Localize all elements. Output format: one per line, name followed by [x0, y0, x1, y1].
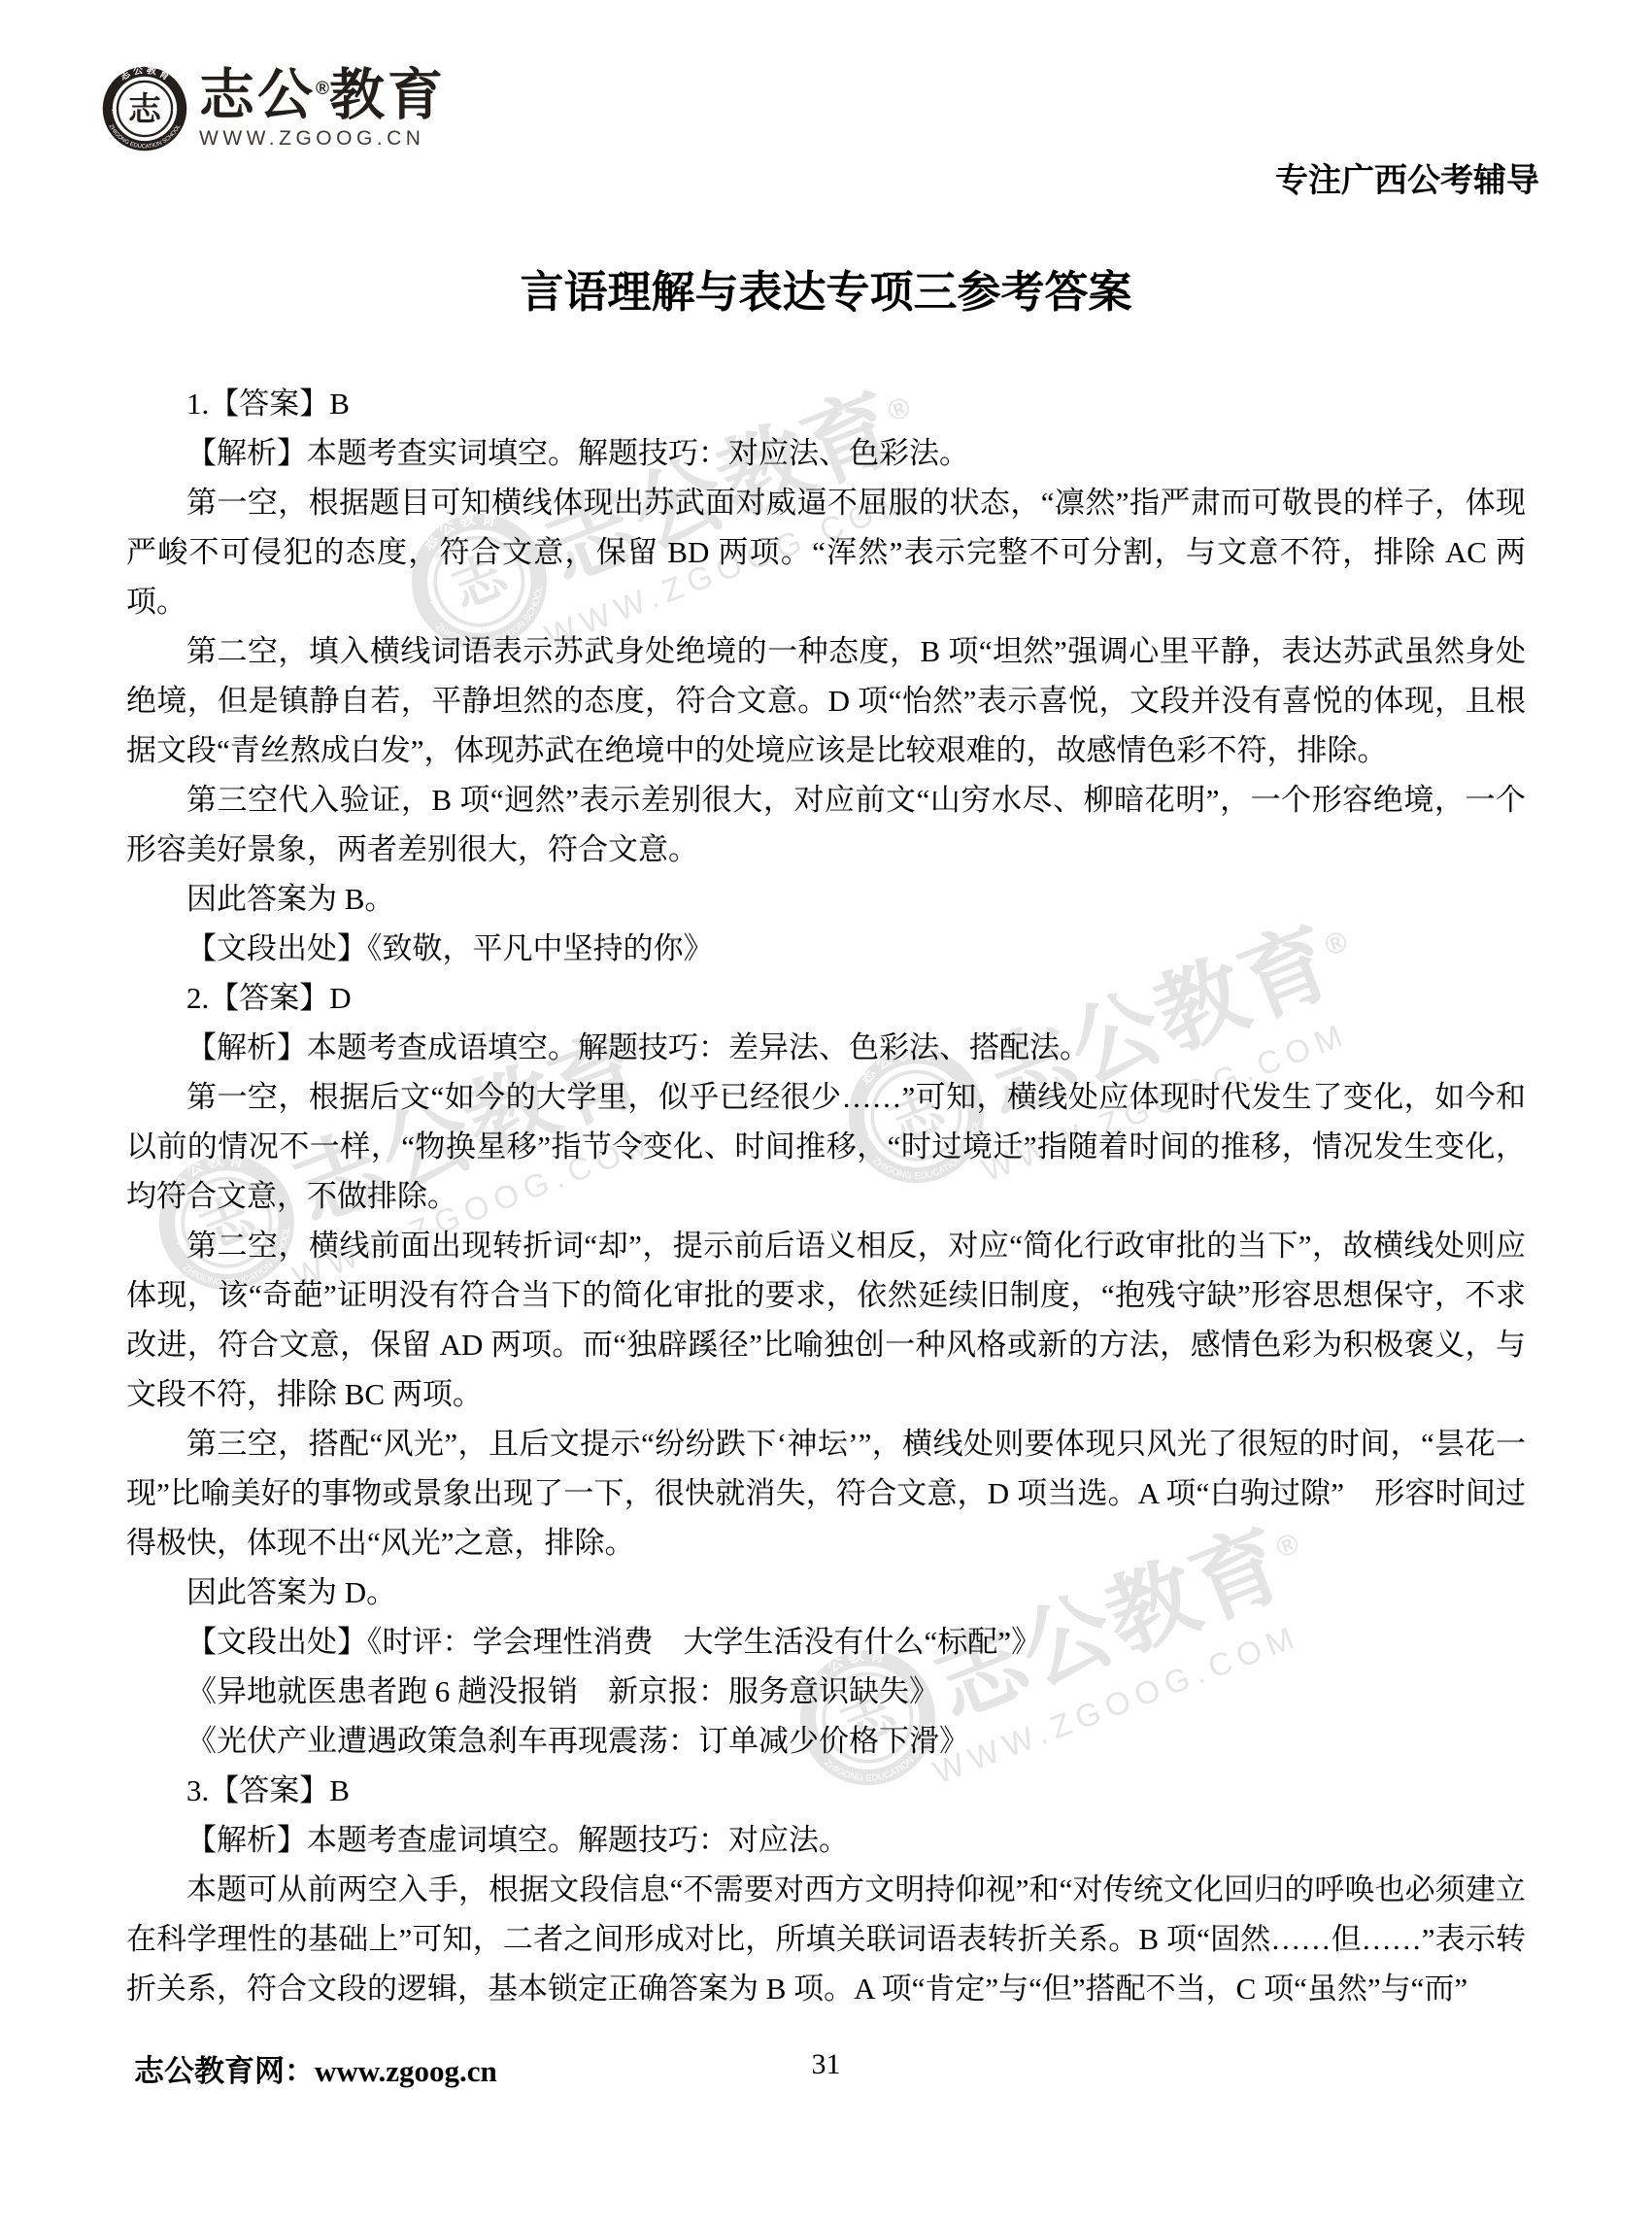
- paragraph: 因此答案为 D。: [126, 1568, 1526, 1617]
- paragraph: 因此答案为 B。: [126, 874, 1526, 924]
- paragraph: 【解析】本题考查实词填空。解题技巧：对应法、色彩法。: [126, 428, 1526, 478]
- paragraph: 3.【答案】B: [126, 1766, 1526, 1815]
- footer-site-label: 志公教育网：: [134, 2054, 315, 2088]
- paragraph: 第三空，搭配“风光”，且后文提示“纷纷跌下‘神坛’”，横线处则要体现只风光了很短…: [126, 1419, 1526, 1568]
- logo-text-block: 志公®教育 WWW.ZGOOG.CN: [199, 67, 446, 152]
- paragraph: 【解析】本题考查虚词填空。解题技巧：对应法。: [126, 1815, 1526, 1865]
- logo-brand-text: 志公®教育: [199, 67, 446, 125]
- paragraph: 第二空，填入横线词语表示苏武身处绝境的一种态度，B 项“坦然”强调心里平静，表达…: [126, 626, 1526, 775]
- registered-mark: ®: [316, 79, 329, 99]
- footer-site-url: www.zgoog.cn: [315, 2054, 497, 2088]
- header-slogan: 专注广西公考辅导: [1275, 153, 1539, 201]
- paragraph: 第一空，根据题目可知横线体现出苏武面对威逼不屈服的状态，“凛然”指严肃而可敬畏的…: [126, 478, 1526, 626]
- page-title: 言语理解与表达专项三参考答案: [0, 264, 1652, 321]
- paragraph: 《异地就医患者跑 6 趟没报销 新京报：服务意识缺失》: [126, 1667, 1526, 1716]
- paragraph: 第二空，横线前面出现转折词“却”，提示前后语义相反，对应“简化行政审批的当下”，…: [126, 1221, 1526, 1419]
- paragraph: 第三空代入验证，B 项“迥然”表示差别很大，对应前文“山穷水尽、柳暗花明”，一个…: [126, 775, 1526, 874]
- paragraph: 1.【答案】B: [126, 379, 1526, 428]
- paragraph: 第一空，根据后文“如今的大学里，似乎已经很少……”可知，横线处应体现时代发生了变…: [126, 1072, 1526, 1221]
- logo-website-text: WWW.ZGOOG.CN: [199, 127, 446, 151]
- document-page: 志公教育® WWW.ZGOOG.COM 志公教育® WWW.ZGOOG.COM …: [0, 0, 1652, 2225]
- paragraph: 【解析】本题考查成语填空。解题技巧：差异法、色彩法、搭配法。: [126, 1023, 1526, 1072]
- paragraph: 【文段出处】《时评：学会理性消费 大学生活没有什么“标配”》: [126, 1617, 1526, 1667]
- answer-body: 1.【答案】B【解析】本题考查实词填空。解题技巧：对应法、色彩法。第一空，根据题…: [126, 379, 1526, 2013]
- zhigong-logo: 志公®教育 WWW.ZGOOG.CN: [100, 64, 446, 153]
- footer-site-text: 志公教育网：www.zgoog.cn: [134, 2053, 497, 2089]
- paragraph: 【文段出处】《致敬，平凡中坚持的你》: [126, 924, 1526, 973]
- page-header: 志公®教育 WWW.ZGOOG.CN 专注广西公考辅导: [100, 64, 1539, 201]
- paragraph: 《光伏产业遭遇政策急刹车再现震荡：订单减少价格下滑》: [126, 1716, 1526, 1766]
- paragraph: 本题可从前两空入手，根据文段信息“不需要对西方文明持仰视”和“对传统文化回归的呼…: [126, 1865, 1526, 2013]
- paragraph: 2.【答案】D: [126, 973, 1526, 1023]
- zhigong-seal-icon: [100, 64, 189, 153]
